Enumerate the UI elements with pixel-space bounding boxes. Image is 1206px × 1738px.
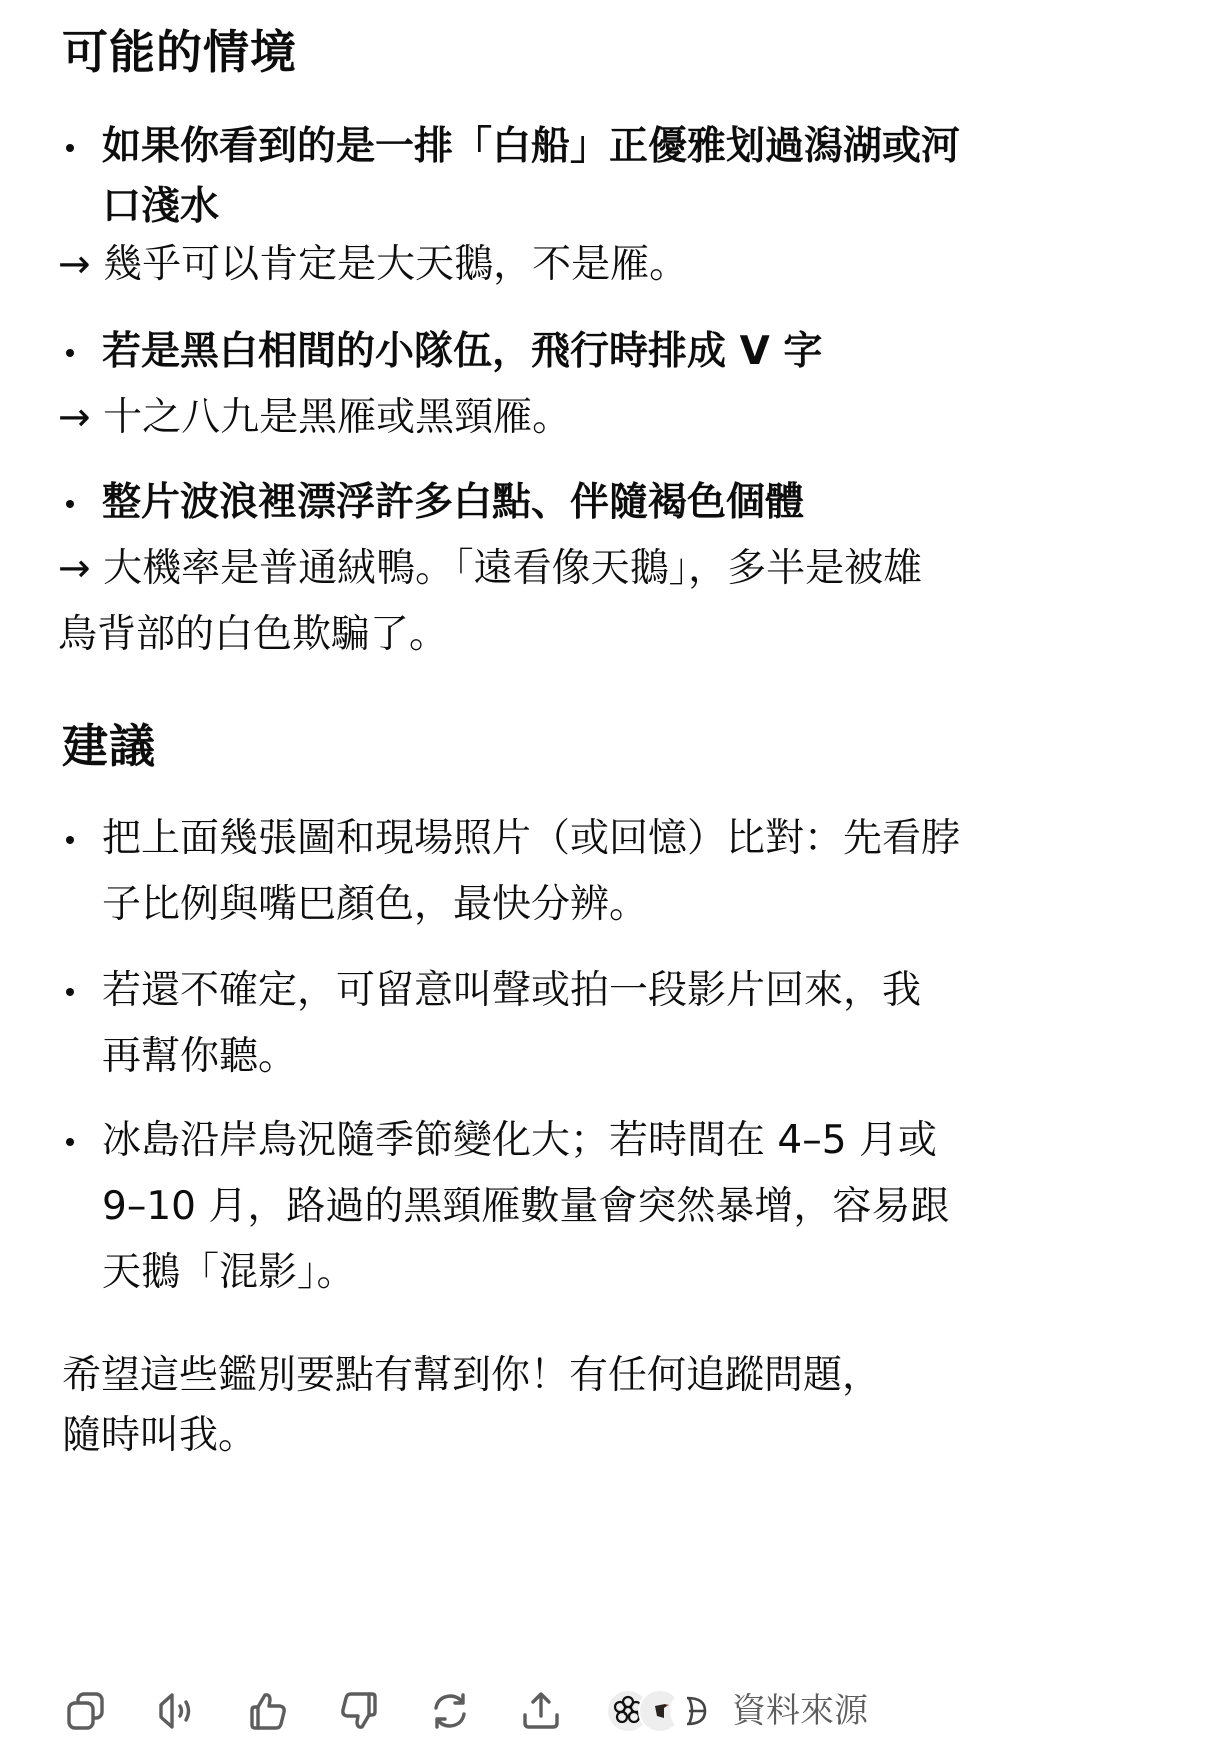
share-button[interactable] bbox=[517, 1687, 565, 1735]
message-action-bar: 資料來源 bbox=[62, 1683, 868, 1738]
text-line: 子比例與嘴巴顏色，最快分辨。 bbox=[102, 872, 1152, 938]
text-line: 整片波浪裡漂浮許多白點、伴隨褐色個體 bbox=[102, 470, 1152, 536]
text-line: 把上面幾張圖和現場照片（或回憶）比對：先看脖 bbox=[102, 806, 1152, 872]
scenario-condition: 整片波浪裡漂浮許多白點、伴隨褐色個體 bbox=[62, 470, 1152, 536]
text-line: 若是黑白相間的小隊伍，飛行時排成 V 字 bbox=[102, 319, 1152, 385]
text-line: 天鵝「混影」。 bbox=[102, 1240, 1152, 1306]
text-line: 隨時叫我。 bbox=[62, 1403, 1152, 1469]
scenario-item: 整片波浪裡漂浮許多白點、伴隨褐色個體 → 大機率是普通絨鴨。「遠看像天鵝」，多半… bbox=[62, 470, 1152, 668]
dislike-button[interactable] bbox=[335, 1687, 383, 1735]
bullet-icon bbox=[66, 500, 74, 508]
suggestion-text: 若還不確定，可留意叫聲或拍一段影片回來，我 再幫你聽。 bbox=[62, 958, 1152, 1090]
scenario-conclusion: → 大機率是普通絨鴨。「遠看像天鵝」，多半是被雄 鳥背部的白色欺騙了。 bbox=[58, 536, 1152, 668]
scenario-item: 如果你看到的是一排「白船」正優雅划過潟湖或河 口淺水 → 幾乎可以肯定是大天鵝，… bbox=[62, 114, 1152, 298]
suggestion-text: 把上面幾張圖和現場照片（或回憶）比對：先看脖 子比例與嘴巴顏色，最快分辨。 bbox=[62, 806, 1152, 938]
copy-button[interactable] bbox=[62, 1687, 110, 1735]
refresh-icon bbox=[428, 1689, 472, 1733]
scenario-condition: 若是黑白相間的小隊伍，飛行時排成 V 字 bbox=[62, 319, 1152, 385]
text-line: → 大機率是普通絨鴨。「遠看像天鵝」，多半是被雄 bbox=[58, 536, 1152, 602]
suggestion-text: 冰島沿岸鳥況隨季節變化大；若時間在 4–5 月或 9–10 月，路過的黑頸雁數量… bbox=[62, 1108, 1152, 1306]
share-icon bbox=[519, 1689, 563, 1733]
text-line: 9–10 月，路過的黑頸雁數量會突然暴增，容易跟 bbox=[102, 1174, 1152, 1240]
scenario-condition: 如果你看到的是一排「白船」正優雅划過潟湖或河 口淺水 bbox=[62, 114, 1152, 240]
suggestion-item: 若還不確定，可留意叫聲或拍一段影片回來，我 再幫你聽。 bbox=[62, 958, 1152, 1090]
bullet-icon bbox=[66, 836, 74, 844]
like-button[interactable] bbox=[244, 1687, 292, 1735]
section-title-scenarios: 可能的情境 bbox=[62, 22, 297, 82]
closing-text: 希望這些鑑別要點有幫到你！有任何追蹤問題， 隨時叫我。 bbox=[62, 1343, 1152, 1469]
bullet-icon bbox=[66, 988, 74, 996]
thumbs-down-icon bbox=[337, 1689, 381, 1733]
scenario-conclusion: → 幾乎可以肯定是大天鵝，不是雁。 bbox=[58, 232, 1152, 298]
bullet-icon bbox=[66, 1138, 74, 1146]
text-line: 再幫你聽。 bbox=[102, 1024, 1152, 1090]
text-line: 希望這些鑑別要點有幫到你！有任何追蹤問題， bbox=[62, 1343, 1152, 1409]
globe-logo-icon bbox=[675, 1694, 709, 1728]
bullet-icon bbox=[66, 349, 74, 357]
regenerate-button[interactable] bbox=[426, 1687, 474, 1735]
sources-label: 資料來源 bbox=[732, 1691, 868, 1731]
thumbs-up-icon bbox=[246, 1689, 290, 1733]
suggestion-item: 冰島沿岸鳥況隨季節變化大；若時間在 4–5 月或 9–10 月，路過的黑頸雁數量… bbox=[62, 1108, 1152, 1306]
bullet-icon bbox=[66, 144, 74, 152]
speaker-icon bbox=[155, 1689, 199, 1733]
copy-icon bbox=[64, 1689, 108, 1733]
text-line: 若還不確定，可留意叫聲或拍一段影片回來，我 bbox=[102, 958, 1152, 1024]
text-line: 口淺水 bbox=[102, 174, 1152, 240]
scenario-conclusion: → 十之八九是黑雁或黑頸雁。 bbox=[58, 385, 1152, 451]
suggestion-item: 把上面幾張圖和現場照片（或回憶）比對：先看脖 子比例與嘴巴顏色，最快分辨。 bbox=[62, 806, 1152, 938]
source-favicon-3 bbox=[670, 1689, 714, 1733]
section-title-suggestions: 建議 bbox=[62, 716, 156, 776]
read-aloud-button[interactable] bbox=[153, 1687, 201, 1735]
scenario-item: 若是黑白相間的小隊伍，飛行時排成 V 字 → 十之八九是黑雁或黑頸雁。 bbox=[62, 319, 1152, 451]
sources-button[interactable]: 資料來源 bbox=[606, 1689, 868, 1733]
text-line: 如果你看到的是一排「白船」正優雅划過潟湖或河 bbox=[102, 114, 1152, 180]
text-line: 冰島沿岸鳥況隨季節變化大；若時間在 4–5 月或 bbox=[102, 1108, 1152, 1174]
text-line: 鳥背部的白色欺騙了。 bbox=[58, 602, 1152, 668]
